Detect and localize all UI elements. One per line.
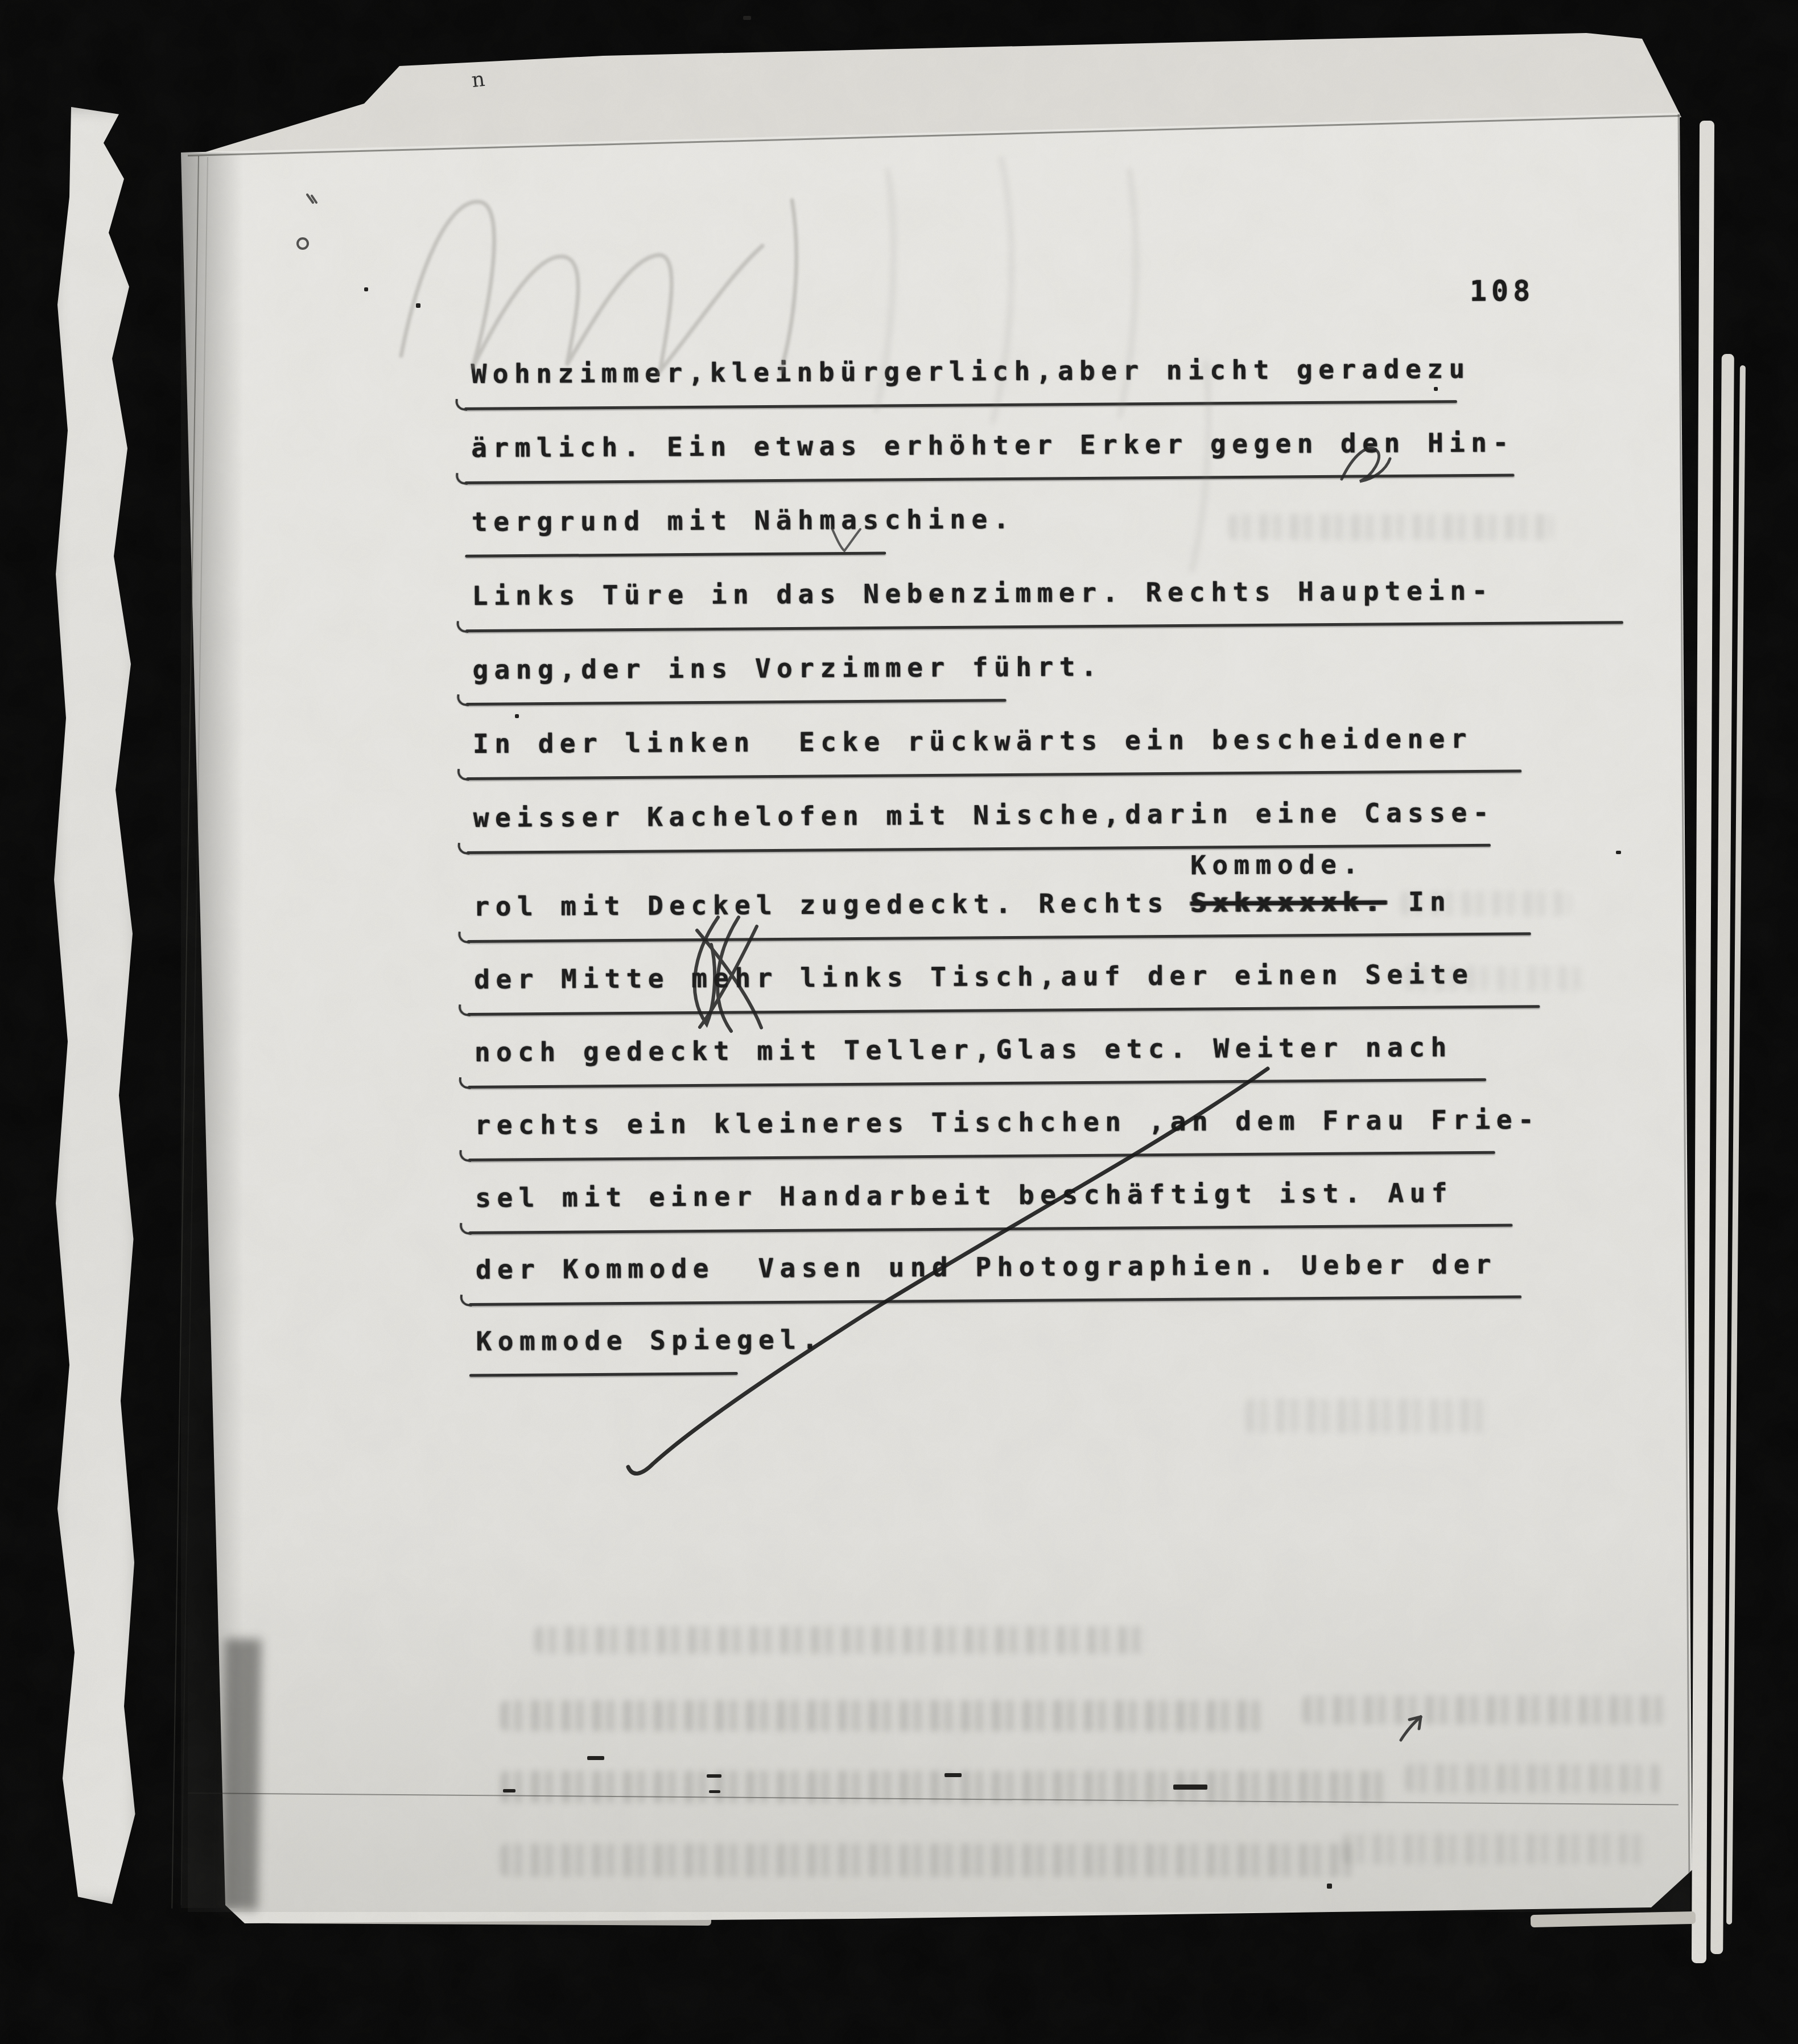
typed-line: Kommode Spiegel.	[476, 1324, 823, 1357]
typed-line: In der linken Ecke rückwärts ein beschei…	[473, 723, 1473, 759]
typed-line: Wohnzimmer,kleinbürgerlich,aber nicht ge…	[471, 353, 1470, 389]
typed-line: der Mitte mehr links Tisch,auf der einen…	[474, 959, 1474, 995]
typed-line: der Kommode Vasen und Photographien. Ueb…	[476, 1249, 1497, 1285]
ink-speck	[587, 1756, 604, 1760]
stray-letter-mark: n	[471, 68, 486, 92]
typed-line: sel mit einer Handarbeit beschäftigt ist…	[475, 1177, 1453, 1213]
typed-line: rol mit Deckel zugedeckt. Rechts Sxkxxxx…	[473, 886, 1451, 922]
typed-underline	[465, 621, 1623, 632]
inserted-correction: Kommode.	[1190, 849, 1364, 881]
ink-speck	[1434, 387, 1438, 391]
typed-line: rechts ein kleineres Tischchen ,an dem F…	[475, 1104, 1540, 1140]
ink-speck	[364, 287, 368, 291]
typed-underline	[465, 473, 1515, 484]
typed-underline	[464, 400, 1457, 410]
typed-underline	[469, 1372, 738, 1377]
typed-line: ärmlich. Ein etwas erhöhter Erker gegen …	[471, 427, 1515, 463]
typed-line: weisser Kachelofen mit Nische,darin eine…	[473, 797, 1495, 833]
ink-speck	[1173, 1785, 1207, 1790]
typed-underline	[469, 1295, 1521, 1306]
typed-underline	[468, 1151, 1495, 1161]
ink-speck	[707, 1774, 721, 1778]
typed-underline	[466, 699, 1007, 706]
page-number: 108	[1470, 274, 1535, 308]
scanned-page-canvas: 108 Kommode. n Wohnzimmer,kleinbürgerlic…	[0, 0, 1798, 2044]
ink-speck	[709, 1790, 720, 1793]
ink-speck	[743, 16, 751, 20]
typewritten-text-block: 108 Kommode. n Wohnzimmer,kleinbürgerlic…	[0, 0, 1798, 2044]
ink-speck	[1616, 851, 1621, 854]
typed-underline	[466, 769, 1521, 780]
typed-underline	[467, 1005, 1540, 1016]
typed-underline	[467, 932, 1531, 943]
typed-underline	[468, 1078, 1486, 1089]
typed-line: tergrund mit Nähmaschine.	[472, 504, 1015, 537]
ink-speck	[416, 303, 420, 308]
ink-speck	[933, 597, 938, 601]
typed-line: gang,der ins Vorzimmer führt.	[472, 651, 1103, 685]
ink-speck	[1327, 1884, 1332, 1889]
typed-underline	[465, 551, 886, 557]
typed-underline	[468, 1224, 1512, 1234]
ink-speck	[515, 714, 519, 718]
ink-speck	[503, 1789, 516, 1792]
ink-speck	[945, 1773, 962, 1777]
typed-line: noch gedeckt mit Teller,Glas etc. Weiter…	[475, 1032, 1453, 1068]
typed-line: Links Türe in das Nebenzimmer. Rechts Ha…	[472, 575, 1493, 611]
overstruck-word: Sxkxxxxk.	[1191, 887, 1387, 918]
